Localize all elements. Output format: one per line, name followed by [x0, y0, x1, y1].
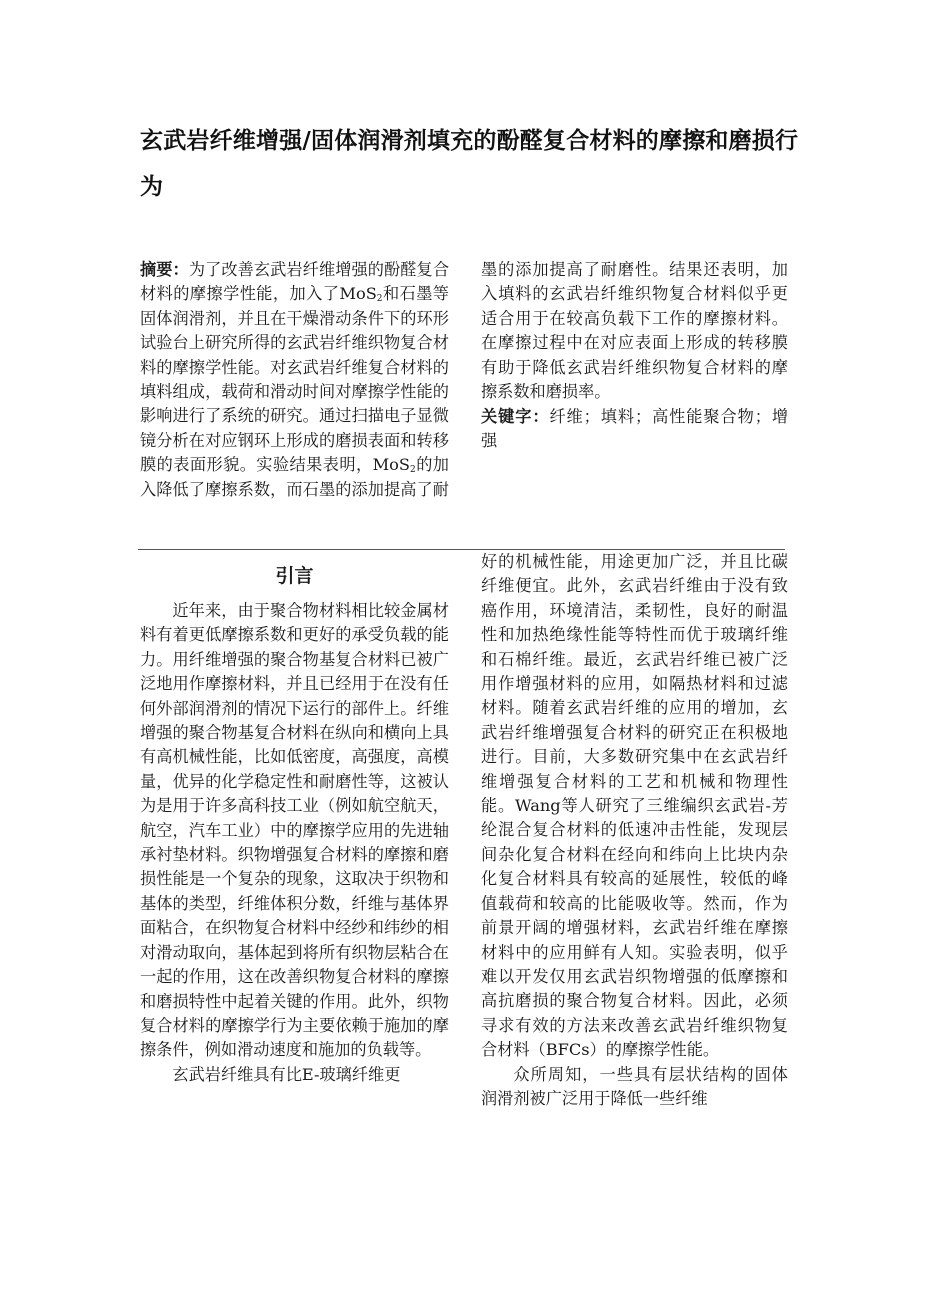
abstract-column-right: 摘要：为了改善玄武岩纤维增强的酚醛复合材料的摩擦学性能，加入了MoS2和石墨等固…: [481, 258, 788, 502]
keywords-label-continued: 关键字：: [481, 407, 549, 426]
paragraph-3: 众所周知，一些具有层状结构的固体润滑剂被广泛用于降低一些纤维: [481, 1063, 788, 1112]
abstract-flow: 摘要：为了改善玄武岩纤维增强的酚醛复合材料的摩擦学性能，加入了MoS2和石墨等固…: [140, 258, 449, 502]
abstract-flow-continued: 摘要：为了改善玄武岩纤维增强的酚醛复合材料的摩擦学性能，加入了MoS2和石墨等固…: [481, 258, 788, 453]
paper-title: 玄武岩纤维增强/固体润滑剂填充的酚醛复合材料的摩擦和磨损行为: [140, 118, 800, 210]
abstract-column-left: 摘要：为了改善玄武岩纤维增强的酚醛复合材料的摩擦学性能，加入了MoS2和石墨等固…: [140, 258, 449, 502]
paragraph-2-start: 玄武岩纤维具有比E-玻璃纤维更: [140, 1063, 449, 1087]
body-column-right: 好的机械性能，用途更加广泛，并且比碳纤维便宜。此外，玄武岩纤维由于没有致癌作用，…: [481, 550, 788, 1111]
abstract-text-2: 和石墨等固体润滑剂，并且在干燥滑动条件下的环形试验台上研究所得的玄武岩纤维织物复…: [140, 284, 449, 474]
abstract-label: 摘要：: [140, 260, 189, 279]
paragraph-1: 近年来，由于聚合物材料相比较金属材料有着更低摩擦系数和更好的承受负载的能力。用纤…: [140, 599, 449, 1063]
section-heading: 引言: [140, 562, 449, 590]
paragraph-2-continued: 好的机械性能，用途更加广泛，并且比碳纤维便宜。此外，玄武岩纤维由于没有致癌作用，…: [481, 550, 788, 1063]
abstract-text-3-continued: 的加入降低了摩擦系数，而石墨的添加提高了耐磨性。结果还表明，加入填料的玄武岩纤维…: [481, 258, 788, 401]
body-column-left: 近年来，由于聚合物材料相比较金属材料有着更低摩擦系数和更好的承受负载的能力。用纤…: [140, 599, 449, 1087]
